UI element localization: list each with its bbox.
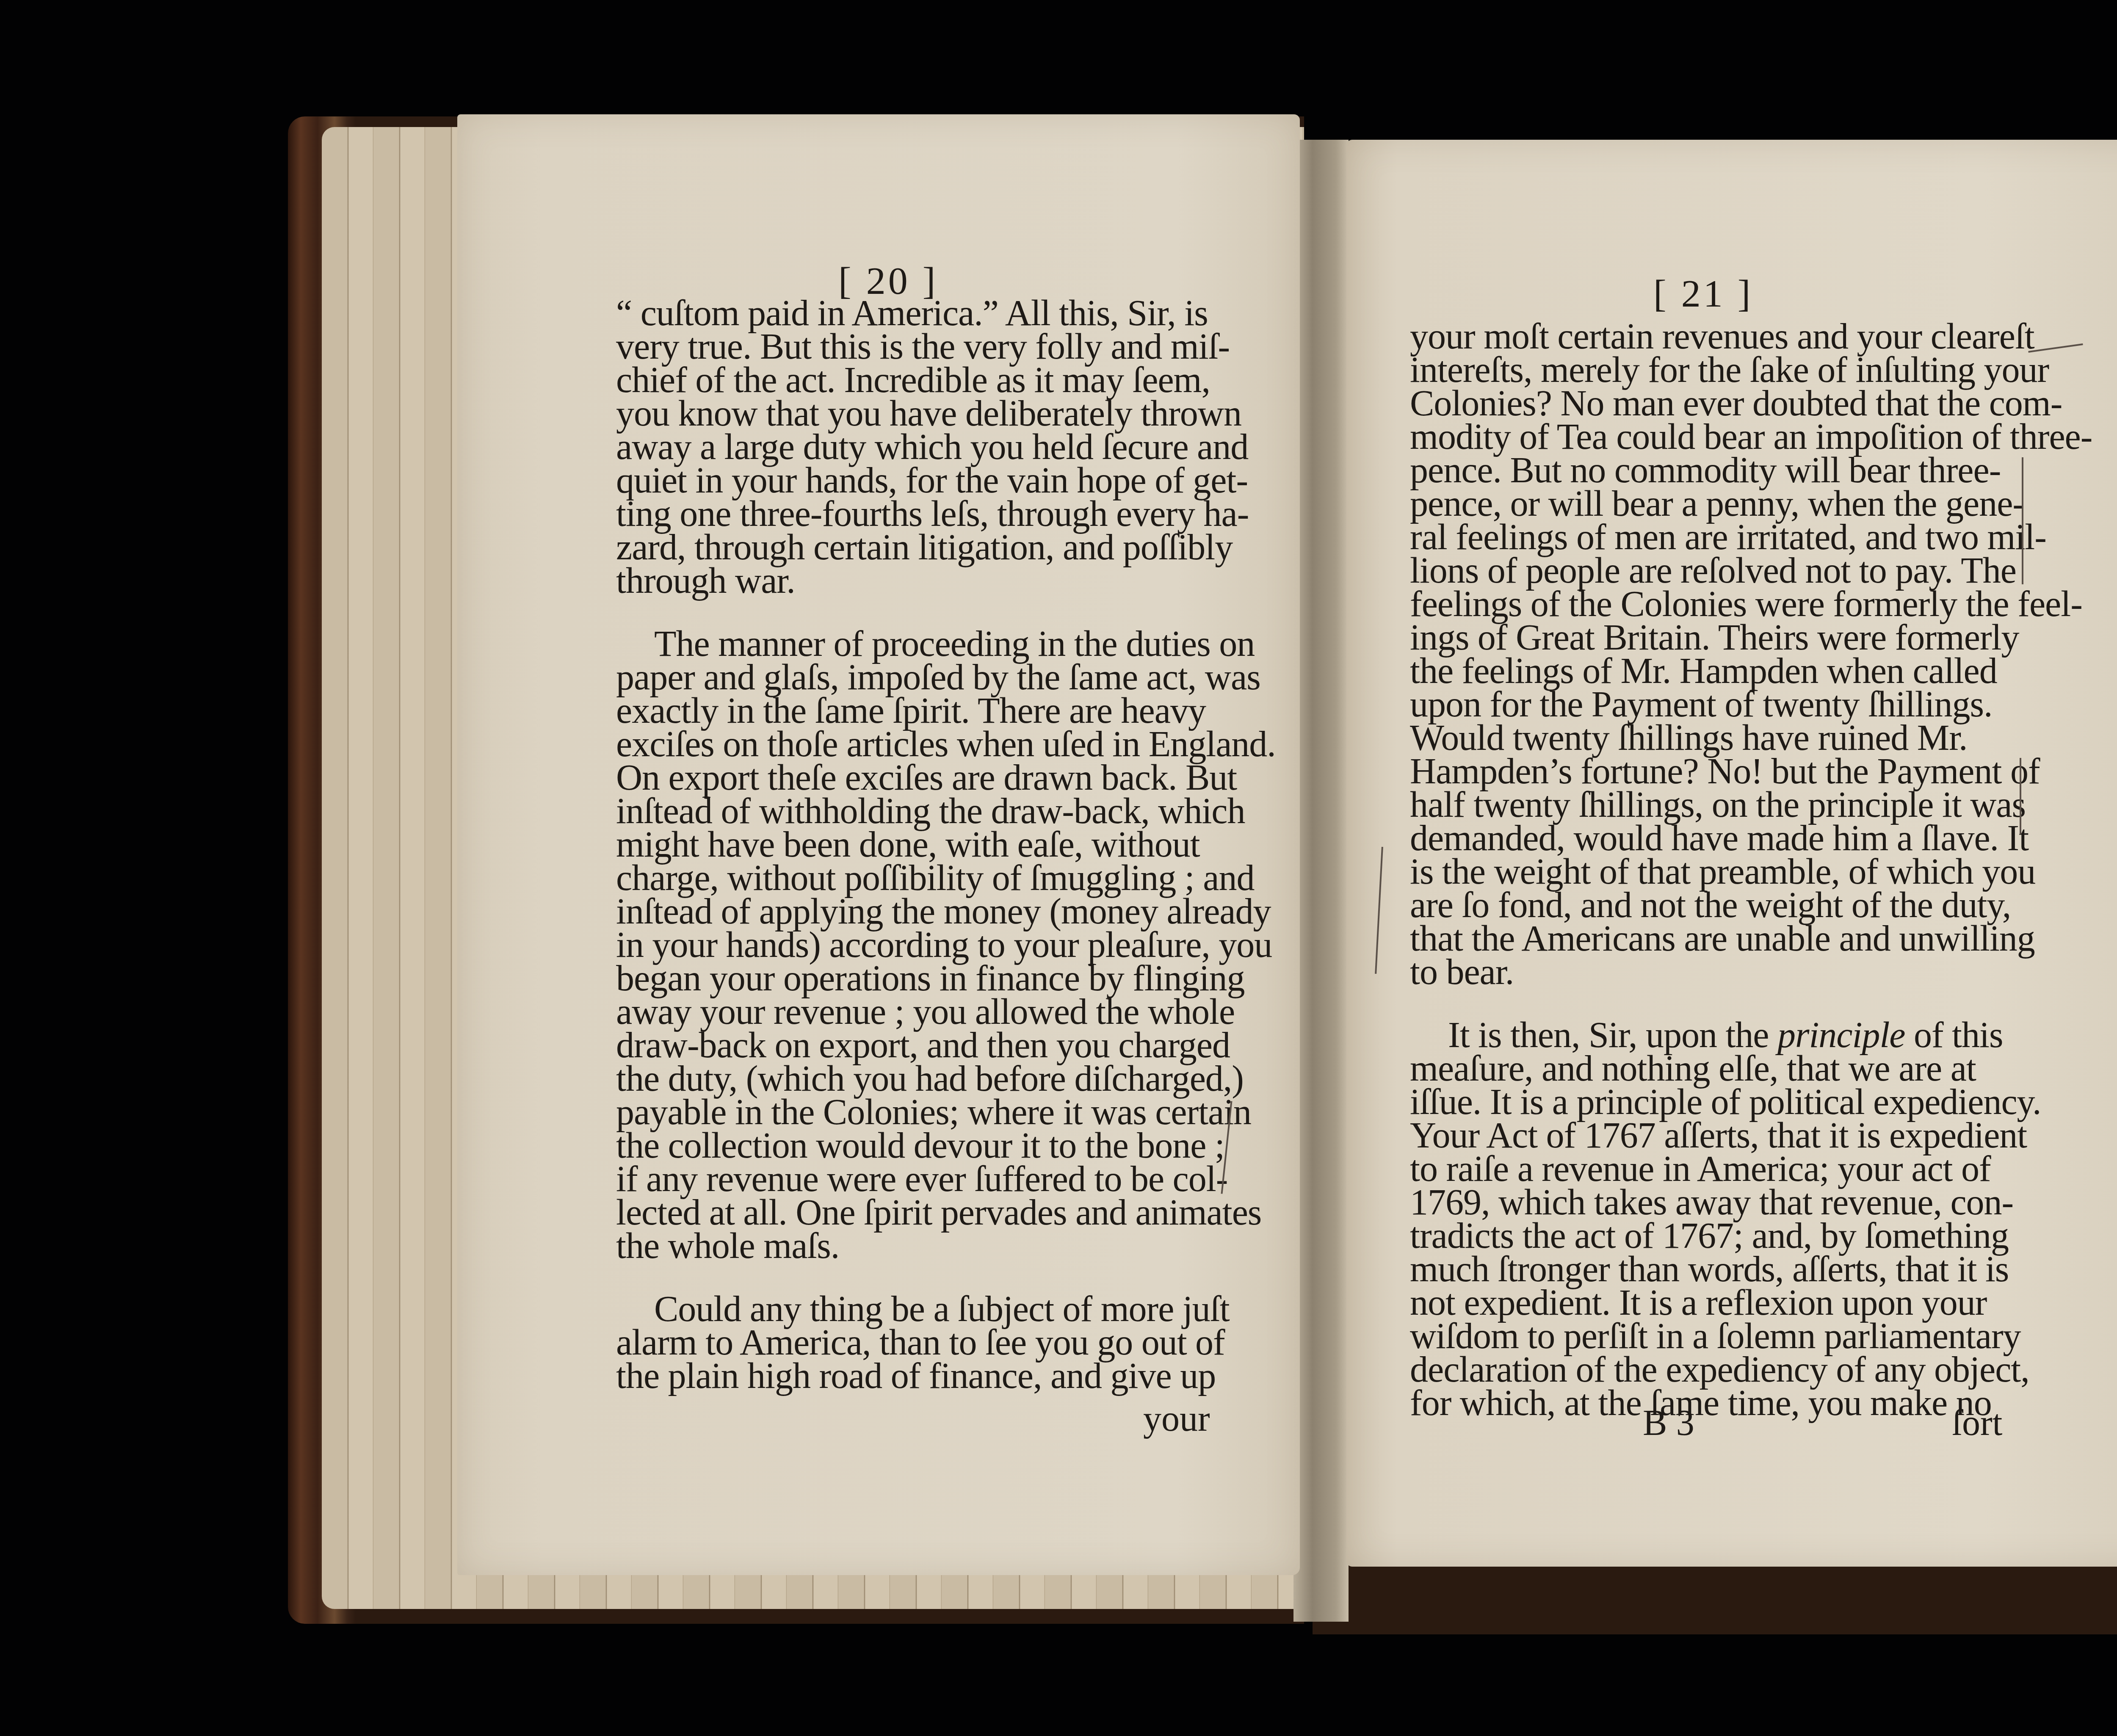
text-line: the plain high road of finance, and give… bbox=[616, 1359, 1232, 1393]
pencil-margin-mark bbox=[2020, 758, 2021, 834]
text-line: modity of Tea could bear an impoſition o… bbox=[1410, 420, 2015, 453]
text-line: Colonies? No man ever doubted that the c… bbox=[1410, 387, 2015, 420]
text-line: exciſes on thoſe articles when uſed in E… bbox=[616, 727, 1232, 761]
text-line: the whole maſs. bbox=[616, 1229, 1232, 1263]
text-line: 1769, which takes away that revenue, con… bbox=[1410, 1186, 2015, 1219]
text-line: away your revenue ; you allowed the whol… bbox=[616, 995, 1232, 1028]
text-line: away a large duty which you held ſecure … bbox=[616, 430, 1232, 464]
text-line: feelings of the Colonies were formerly t… bbox=[1410, 587, 2015, 621]
text-line: payable in the Colonies; where it was ce… bbox=[616, 1095, 1232, 1129]
text-line: if any revenue were ever ſuffered to be … bbox=[616, 1162, 1232, 1196]
text-line: tradicts the act of 1767; and, by ſometh… bbox=[1410, 1219, 2015, 1252]
text-line: inſtead of withholding the draw-back, wh… bbox=[616, 794, 1232, 828]
text-line: Would twenty ſhillings have ruined Mr. bbox=[1410, 721, 2015, 755]
paragraph-1: your moſt certain revenues and your clea… bbox=[1410, 320, 2015, 989]
text-line: the feelings of Mr. Hampden when called bbox=[1410, 654, 2015, 688]
text-line: Your Act of 1767 aſſerts, that it is exp… bbox=[1410, 1119, 2015, 1152]
text-line: exactly in the ſame ſpirit. There are he… bbox=[616, 694, 1232, 727]
text-line: very true. But this is the very folly an… bbox=[616, 330, 1232, 363]
pencil-margin-mark bbox=[2022, 457, 2023, 584]
text-line: pence. But no commodity will bear three- bbox=[1410, 453, 2015, 487]
text-line: charge, without poſſibility of ſmuggling… bbox=[616, 861, 1232, 895]
text-line: ral feelings of men are irritated, and t… bbox=[1410, 520, 2015, 554]
text-line: might have been done, with eaſe, without bbox=[616, 828, 1232, 861]
text-line: you know that you have deliberately thro… bbox=[616, 397, 1232, 430]
text-line: the collection would devour it to the bo… bbox=[616, 1129, 1232, 1162]
text-line: “ cuſtom paid in America.” All this, Sir… bbox=[616, 296, 1232, 330]
text-line: pence, or will bear a penny, when the ge… bbox=[1410, 487, 2015, 520]
text-line: half twenty ſhillings, on the principle … bbox=[1410, 788, 2015, 821]
text-line: lected at all. One ſpirit pervades and a… bbox=[616, 1196, 1232, 1229]
text-line: On export theſe exciſes are drawn back. … bbox=[616, 761, 1232, 794]
text-line: in your hands) according to your pleaſur… bbox=[616, 928, 1232, 962]
text-line: began your operations in finance by flin… bbox=[616, 962, 1232, 995]
text-line: iſſue. It is a principle of political ex… bbox=[1410, 1085, 2015, 1119]
text-line: much ſtronger than words, aſſerts, that … bbox=[1410, 1252, 2015, 1286]
text-line: to bear. bbox=[1410, 955, 2015, 989]
right-catchword: ſort bbox=[1952, 1402, 2002, 1444]
text-line: your moſt certain revenues and your clea… bbox=[1410, 320, 2015, 353]
text-line: zard, through certain litigation, and po… bbox=[616, 531, 1232, 564]
text-line: through war. bbox=[616, 564, 1232, 597]
right-page-text: your moſt certain revenues and your clea… bbox=[1410, 320, 2015, 1420]
left-catchword: your bbox=[1143, 1397, 1210, 1440]
text-line: Could any thing be a ſubject of more juſ… bbox=[616, 1292, 1232, 1326]
italic-word: principle bbox=[1777, 1018, 1905, 1052]
text-line: meaſure, and nothing elſe, that we are a… bbox=[1410, 1052, 2015, 1085]
text-line: not expedient. It is a reflexion upon yo… bbox=[1410, 1286, 2015, 1319]
text-line: for which, at the ſame time, you make no bbox=[1410, 1386, 2015, 1420]
text-line: demanded, would have made him a ſlave. I… bbox=[1410, 821, 2015, 855]
signature-mark: B 3 bbox=[1643, 1402, 1694, 1444]
text-line: is the weight of that preamble, of which… bbox=[1410, 855, 2015, 888]
left-page-text: “ cuſtom paid in America.” All this, Sir… bbox=[616, 296, 1232, 1393]
right-page-number: [ 21 ] bbox=[1653, 271, 1753, 316]
text-line: paper and glaſs, impoſed by the ſame act… bbox=[616, 661, 1232, 694]
text-line: ings of Great Britain. Theirs were forme… bbox=[1410, 621, 2015, 654]
text-line: intereſts, merely for the ſake of inſult… bbox=[1410, 353, 2015, 387]
text-line: quiet in your hands, for the vain hope o… bbox=[616, 464, 1232, 497]
text-line-with-italic: It is then, Sir, upon the principle of t… bbox=[1410, 1018, 2015, 1052]
text-line: the duty, (which you had before diſcharg… bbox=[616, 1062, 1232, 1095]
text-line: declaration of the expediency of any obj… bbox=[1410, 1353, 2015, 1386]
paragraph-2: It is then, Sir, upon the principle of t… bbox=[1410, 1018, 2015, 1420]
text-line: Hampden’s fortune? No! but the Payment o… bbox=[1410, 755, 2015, 788]
text-line: lions of people are reſolved not to pay.… bbox=[1410, 554, 2015, 587]
text-line: to raiſe a revenue in America; your act … bbox=[1410, 1152, 2015, 1186]
text-span: It is then, Sir, upon the bbox=[1448, 1018, 1777, 1052]
text-line: The manner of proceeding in the duties o… bbox=[616, 627, 1232, 661]
text-line: alarm to America, than to ſee you go out… bbox=[616, 1326, 1232, 1359]
text-line: chief of the act. Incredible as it may ſ… bbox=[616, 363, 1232, 397]
text-line: wiſdom to perſiſt in a ſolemn parliament… bbox=[1410, 1319, 2015, 1353]
text-line: draw-back on export, and then you charge… bbox=[616, 1028, 1232, 1062]
paragraph-1: “ cuſtom paid in America.” All this, Sir… bbox=[616, 296, 1232, 597]
paragraph-3: Could any thing be a ſubject of more juſ… bbox=[616, 1292, 1232, 1393]
book-gutter bbox=[1293, 140, 1349, 1622]
text-line: inſtead of applying the money (money alr… bbox=[616, 895, 1232, 928]
text-line: upon for the Payment of twenty ſhillings… bbox=[1410, 688, 2015, 721]
text-span: of this bbox=[1905, 1018, 2003, 1052]
paragraph-2: The manner of proceeding in the duties o… bbox=[616, 627, 1232, 1263]
text-line: are ſo fond, and not the weight of the d… bbox=[1410, 888, 2015, 922]
text-line: that the Americans are unable and unwill… bbox=[1410, 922, 2015, 955]
text-line: ting one three-fourths leſs, through eve… bbox=[616, 497, 1232, 531]
